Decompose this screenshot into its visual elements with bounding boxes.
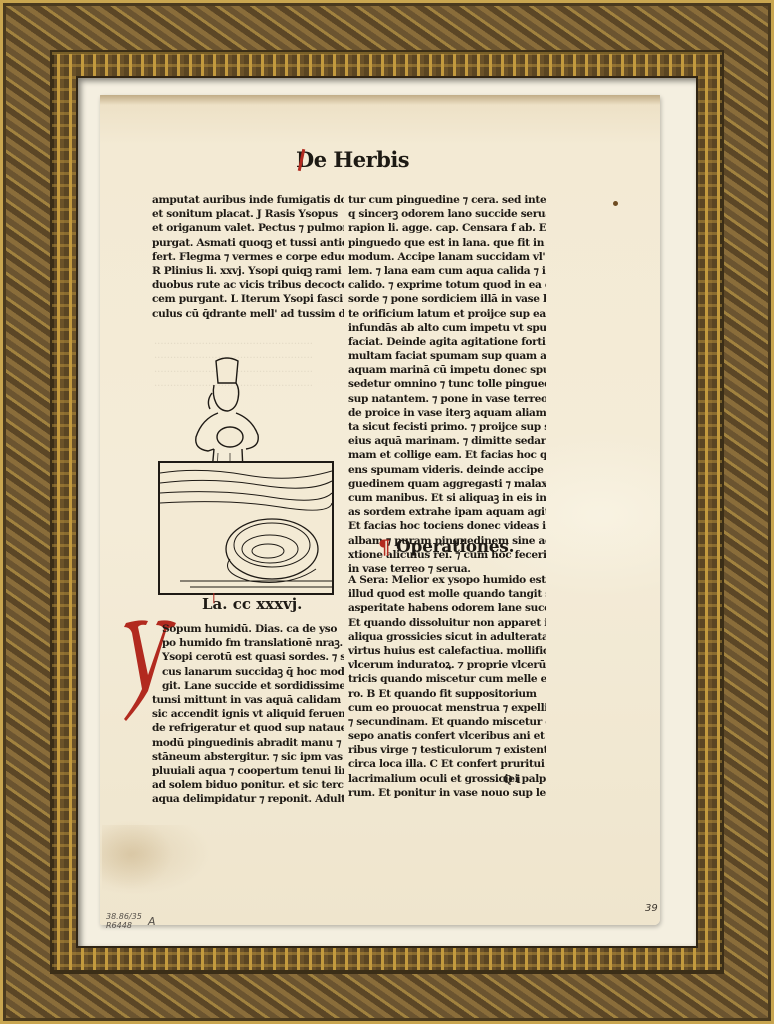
rubric-stroke: | [212,593,216,604]
text-line: tunsi mittunt in vas aquā calidam bis ⁊ [152,693,344,707]
text-line: cem purgant. L Iterum Ysopi fasci [152,292,344,306]
text-line: tur cum pinguedine ⁊ cera. sed intelligi… [348,193,546,207]
text-line: fert. Flegma ⁊ vermes e corpe educit. [152,250,344,264]
text-line: te orificium latum et proijce sup eam aq… [348,307,546,321]
text-line: pinguedo que est in lana. que fit in hun… [348,236,546,250]
accession-letter: A [148,915,156,928]
text-line: q sincerꝫ odorem lano succide seruat. Se [348,207,546,221]
text-line: calido. ⁊ exprime totum quod in ea est e… [348,278,546,292]
text-line: ta sicut fecisti primo. ⁊ proijce sup sp… [348,420,546,434]
text-line: modum. Accipe lanam succidam vl' mol [348,250,546,264]
text-line: sic accendit ignis vt aliquid feruent de… [152,707,344,721]
text-line: cum eo prouocat menstrua ⁊ expellit fetū [348,701,546,715]
text-line: sup natantem. ⁊ pone in vase terreo. dei… [348,392,546,406]
text-column-left-bottom: Sopum humidū. Dias. ca de yso po humido … [152,622,344,806]
text-line: ad solem biduo ponitur. et sic tercio di… [152,778,344,792]
text-line: virtus huius est calefactiua. mollificat… [348,644,546,658]
text-line: cum manibus. Et si aliquaꝫ in eis inueni [348,491,546,505]
text-line: guedinem quam aggregasti ⁊ malaxa eā [348,477,546,491]
text-line: R Plinius li. xxvj. Ysopi quiqꝫ rami cū [152,264,344,278]
text-line: Et quando dissoluitur non apparet ibi [348,616,546,630]
text-line: sorde ⁊ pone sordiciem illā in vase habe… [348,292,546,306]
text-line: ro. B Et quando fit suppositorium [348,687,546,701]
text-line: pluuiali aqua ⁊ coopertum tenui lintheo [152,764,344,778]
text-line: tricis quando miscetur cum melle et buti [348,672,546,686]
text-line: ⁊ secundinam. Et quando miscetur cum [348,715,546,729]
text-line: modū pinguedinis abradit manu ⁊ vas [152,736,344,750]
accession-note: 38.86/35 R6448 [106,912,142,930]
text-line: rapion li. agge. cap. Censara f ab. Et e… [348,221,546,235]
text-line: mam et collige eam. Et facias hoc quoci [348,448,546,462]
text-line: culus cū q̄drante mell' ad tussim decoq̄… [152,307,344,321]
text-line: aquam marinā cū impetu donec spuma [348,363,546,377]
text-line: rum. Et ponitur in vase nouo sup leuem [348,786,546,800]
text-line: cus lanarum succidaꝫ q̄ hoc modo colli [152,665,344,679]
text-line: as sordem extrahe ipam aquam agitādo [348,505,546,519]
text-line: lem. ⁊ lana eam cum aqua calida ⁊ in sol… [348,264,546,278]
text-line: Ysopi cerotū est quasi sordes. ⁊ suc [152,650,344,664]
text-line: infundās ab alto cum impetu vt spumaꝫ [348,321,546,335]
text-line: et origanum valet. Pectus ⁊ pulmonem [152,221,344,235]
text-line: circa loca illa. C Et confert pruritui [348,757,546,771]
pilcrow-icon: ¶ [378,535,390,559]
running-title: De Herbis [296,147,409,172]
accession-line: R6448 [106,921,142,930]
text-column-right-operations: A Sera: Melior ex ysopo humido est illud… [348,573,546,800]
text-line: de proice in vase iterꝫ aquam aliam ⁊ ag… [348,406,546,420]
text-line: asperitate habens odorem lane succidi. [348,601,546,615]
manuscript-page: ........................................… [100,95,660,925]
accession-line: 38.86/35 [106,912,142,921]
text-line: vlcerum induratoꝝ. ⁊ proprie vlcerū ma [348,658,546,672]
text-line: purgat. Asmati quoqꝫ et tussi antique cō [152,236,344,250]
text-line: A Sera: Melior ex ysopo humido est [348,573,546,587]
text-line: faciat. Deinde agita agitatione forti vt [348,335,546,349]
text-line: ribus virge ⁊ testiculorum ⁊ existentibu… [348,743,546,757]
text-line: multam faciat spumam sup quam aspge [348,349,546,363]
text-line: sepo anatis confert vlceribus ani et vlc… [348,729,546,743]
text-line: et sonitum placat. J Rasis Ysopus [152,207,344,221]
text-line: de refrigeratur et quod sup natauerit in [152,721,344,735]
text-line: stāneum abstergitur. ⁊ sic ipm vas ī ple… [152,750,344,764]
coiled-wool-icon [160,463,332,593]
text-column-left-top: amputat auribus inde fumigatis dolorē et… [152,193,344,321]
text-line: eius aquā marinam. ⁊ dimitte sedari spu [348,434,546,448]
chapter-heading: | La. cc xxxvj. [202,595,302,613]
text-line: ens spumam videris. deinde accipe pin [348,463,546,477]
text-line: Et facias hoc tociens donec videas ipaꝫ [348,519,546,533]
text-line: amputat auribus inde fumigatis dolorē [152,193,344,207]
text-line: aqua delimpidatur ⁊ reponit. Adultera [152,792,344,806]
text-line: aliqua grossicies sicut in adulterata. E… [348,630,546,644]
text-line: po humido fm translationē nraꝫ. [152,636,344,650]
section-heading: ¶ Operationes. [396,537,514,557]
folio-number: 39 [645,903,658,914]
wormhole-mark [613,201,618,206]
signature-mark: Q i [503,773,521,786]
text-line: Sopum humidū. Dias. ca de yso [152,622,344,636]
water-stain [102,825,212,895]
text-line: sedetur omnino ⁊ tunc tolle pinguedinem [348,377,546,391]
text-column-right: tur cum pinguedine ⁊ cera. sed intelligi… [348,193,546,576]
text-line: git. Lane succide et sordidissime mor de [152,679,344,693]
text-line: illud quod est molle quando tangit sine [348,587,546,601]
text-line: duobus rute ac vicis tribus decocte tota [152,278,344,292]
woodcut-illustration [158,461,334,595]
